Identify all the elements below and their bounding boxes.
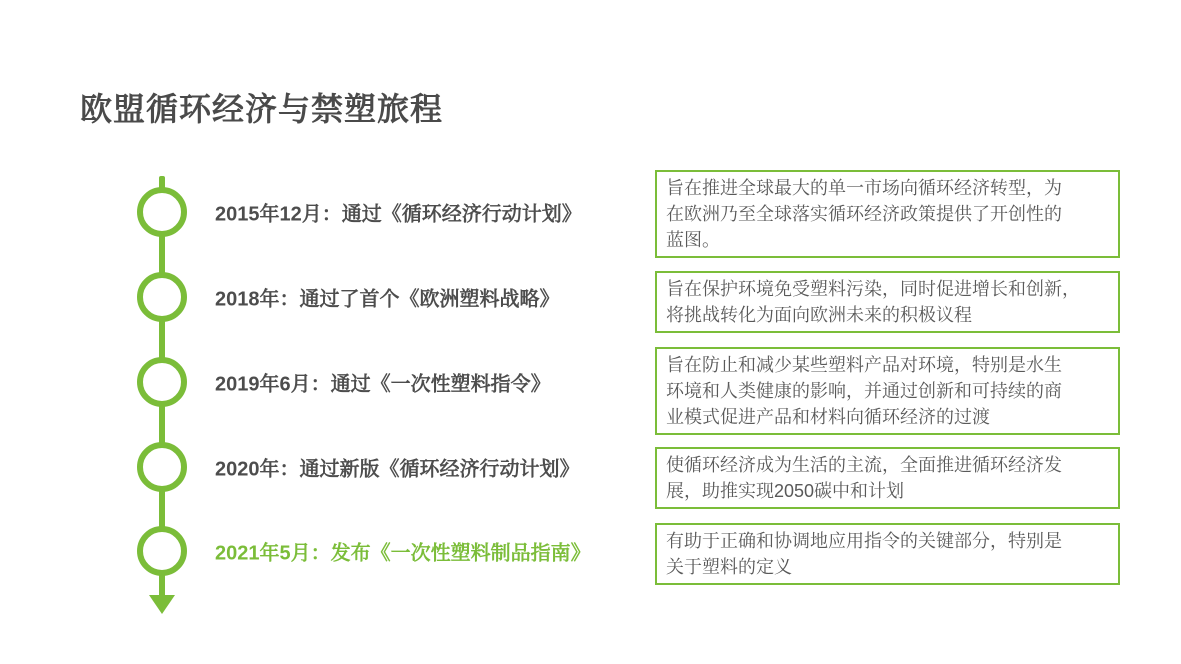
milestone-description-2020: 使循环经济成为生活的主流，全面推进循环经济发 展，助推实现2050碳中和计划 bbox=[655, 447, 1120, 509]
milestone-description-2019: 旨在防止和减少某些塑料产品对环境，特别是水生 环境和人类健康的影响，并通过创新和… bbox=[655, 347, 1120, 435]
slide-canvas: 欧盟循环经济与禁塑旅程 2015年12月：通过《循环经济行动计划》 旨在推进全球… bbox=[0, 0, 1181, 664]
timeline-node-2021 bbox=[137, 526, 187, 576]
milestone-title-2020: 2020年：通过新版《循环经济行动计划》 bbox=[215, 453, 580, 482]
timeline-node-2018 bbox=[137, 272, 187, 322]
milestone-title-2015: 2015年12月：通过《循环经济行动计划》 bbox=[215, 198, 582, 227]
timeline-node-2019 bbox=[137, 357, 187, 407]
milestone-description-2021: 有助于正确和协调地应用指令的关键部分，特别是 关于塑料的定义 bbox=[655, 523, 1120, 585]
timeline-arrow-icon bbox=[149, 595, 175, 614]
timeline-node-2015 bbox=[137, 187, 187, 237]
page-title: 欧盟循环经济与禁塑旅程 bbox=[80, 84, 443, 130]
timeline-node-2020 bbox=[137, 442, 187, 492]
milestone-description-2018: 旨在保护环境免受塑料污染，同时促进增长和创新， 将挑战转化为面向欧洲未来的积极议… bbox=[655, 271, 1120, 333]
milestone-title-2018: 2018年：通过了首个《欧洲塑料战略》 bbox=[215, 283, 560, 312]
milestone-title-2019: 2019年6月：通过《一次性塑料指令》 bbox=[215, 368, 551, 397]
milestone-title-2021: 2021年5月：发布《一次性塑料制品指南》 bbox=[215, 537, 591, 566]
milestone-description-2015: 旨在推进全球最大的单一市场向循环经济转型，为 在欧洲乃至全球落实循环经济政策提供… bbox=[655, 170, 1120, 258]
